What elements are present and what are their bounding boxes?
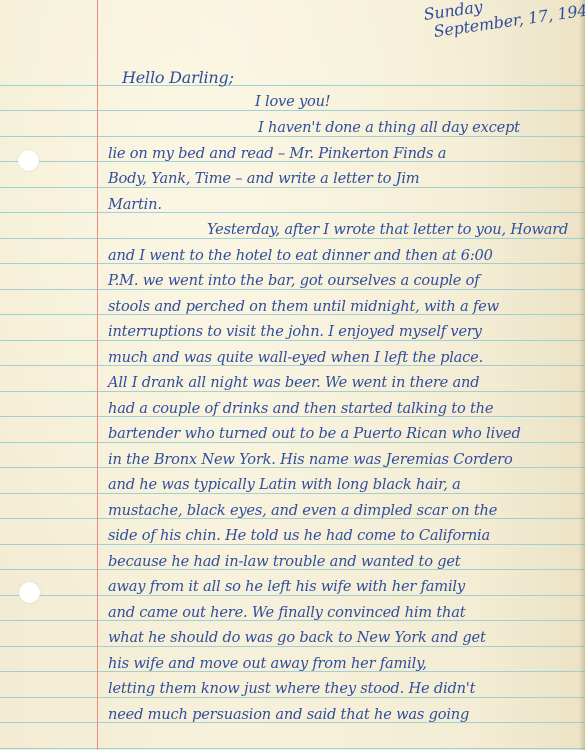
letter-line: Body, Yank, Time – and write a letter to… xyxy=(108,170,419,187)
ruled-line xyxy=(0,391,585,392)
letter-line: and came out here. We finally convinced … xyxy=(108,604,465,621)
letter-line: bartender who turned out to be a Puerto … xyxy=(108,425,521,442)
letter-line: letting them know just where they stood.… xyxy=(108,680,475,697)
letter-line: Yesterday, after I wrote that letter to … xyxy=(207,221,568,238)
ruled-line xyxy=(0,697,585,698)
ruled-line xyxy=(0,110,585,111)
letter-line: side of his chin. He told us he had come… xyxy=(108,527,490,544)
letter-line: and he was typically Latin with long bla… xyxy=(108,476,461,493)
ruled-line xyxy=(0,289,585,290)
letter-page: Sunday September, 17, 1944 Hello Darling… xyxy=(0,0,585,750)
letter-line: what he should do was go back to New Yor… xyxy=(108,629,486,646)
ruled-line xyxy=(0,85,585,86)
ruled-line xyxy=(0,646,585,647)
letter-line: Martin. xyxy=(108,196,162,213)
letter-line: I love you! xyxy=(255,93,330,110)
ruled-line xyxy=(0,340,585,341)
letter-line: in the Bronx New York. His name was Jere… xyxy=(108,451,513,468)
letter-line: much and was quite wall-eyed when I left… xyxy=(108,349,483,366)
page-edge-shadow xyxy=(579,0,585,750)
letter-line: away from it all so he left his wife wit… xyxy=(108,578,465,595)
letter-line: stools and perched on them until midnigh… xyxy=(108,298,499,315)
letter-line: and I went to the hotel to eat dinner an… xyxy=(108,247,493,264)
ruled-line xyxy=(0,238,585,239)
ruled-line xyxy=(0,493,585,494)
punch-hole xyxy=(18,150,39,171)
letter-line: P.M. we went into the bar, got ourselves… xyxy=(108,272,479,289)
ruled-line xyxy=(0,212,585,213)
letter-line: had a couple of drinks and then started … xyxy=(108,400,493,417)
letter-line: interruptions to visit the john. I enjoy… xyxy=(108,323,482,340)
ruled-line xyxy=(0,544,585,545)
ruled-line xyxy=(0,748,585,749)
letter-line: lie on my bed and read – Mr. Pinkerton F… xyxy=(108,145,446,162)
letter-line: All I drank all night was beer. We went … xyxy=(108,374,479,391)
margin-line xyxy=(97,0,98,750)
ruled-line xyxy=(0,595,585,596)
ruled-line xyxy=(0,442,585,443)
letter-line: because he had in-law trouble and wanted… xyxy=(108,553,460,570)
ruled-line xyxy=(0,187,585,188)
letter-line: need much persuasion and said that he wa… xyxy=(108,706,469,723)
letter-line: mustache, black eyes, and even a dimpled… xyxy=(108,502,497,519)
letter-line: I haven't done a thing all day except xyxy=(258,119,520,136)
punch-hole xyxy=(19,582,40,603)
ruled-line xyxy=(0,136,585,137)
letter-line: his wife and move out away from her fami… xyxy=(108,655,427,672)
salutation: Hello Darling; xyxy=(122,68,234,87)
